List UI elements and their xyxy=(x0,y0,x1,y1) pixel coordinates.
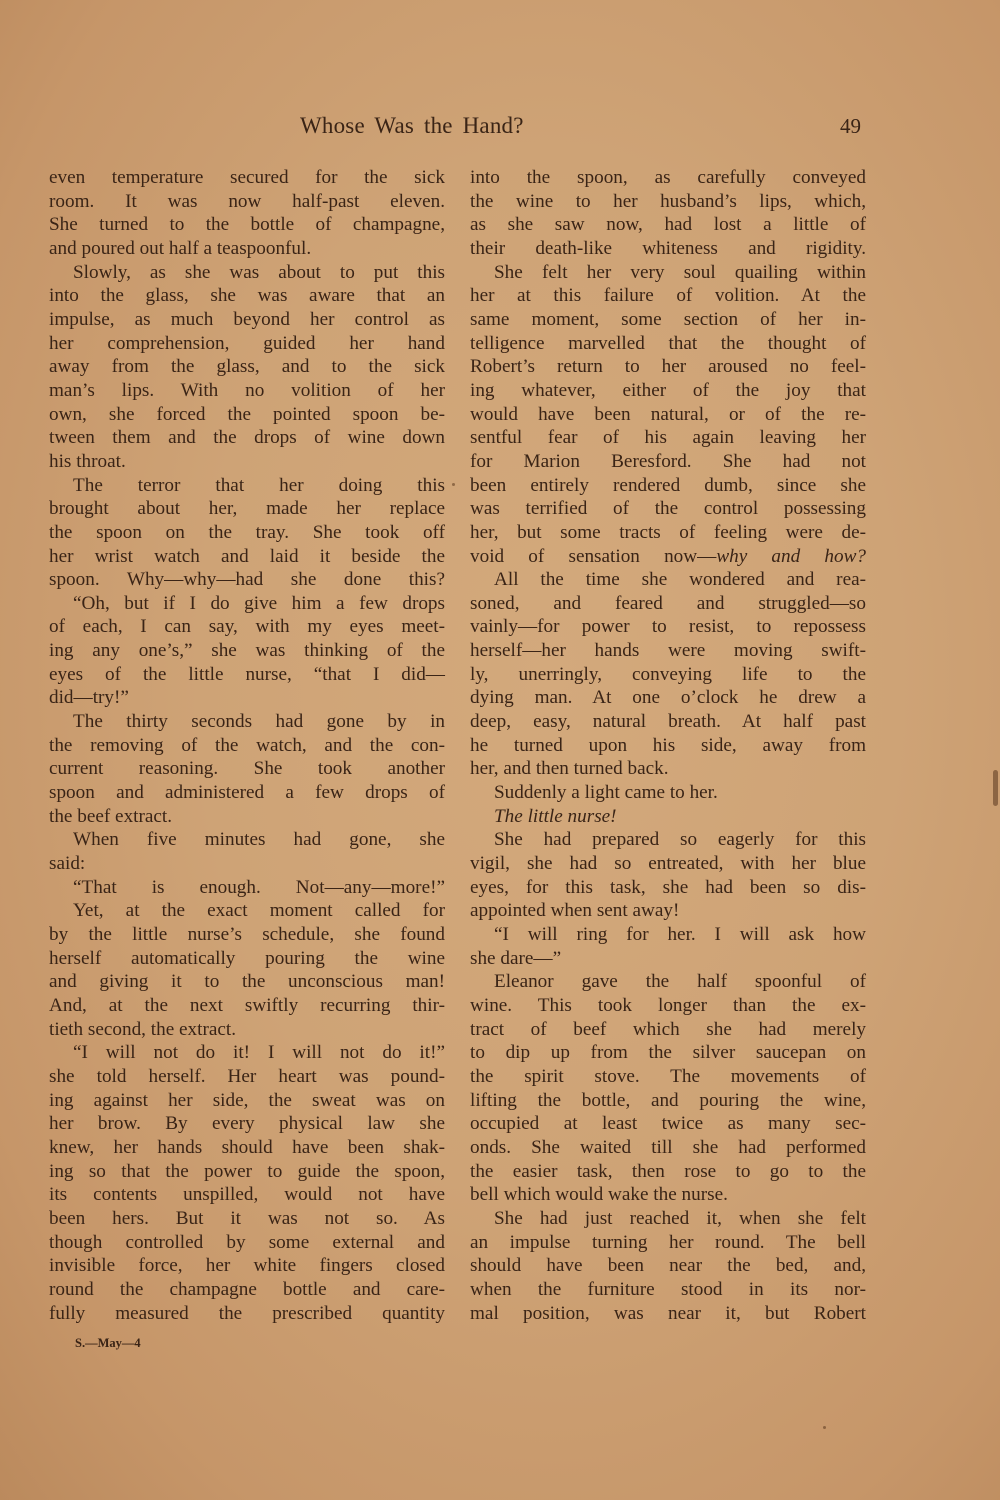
text-line: She had just reached it, when she felt xyxy=(470,1207,866,1231)
line-text: current reasoning. She took another xyxy=(49,758,445,779)
text-line: impulse, as much beyond her control as xyxy=(49,308,445,332)
text-line: wine. This took longer than the ex- xyxy=(470,994,866,1018)
text-line: Eleanor gave the half spoonful of xyxy=(470,970,866,994)
line-text: the beef extract. xyxy=(49,806,172,827)
line-text: And, at the next swiftly recurring thir- xyxy=(49,995,445,1016)
line-text: All the time she wondered and rea- xyxy=(494,569,866,590)
signature-mark: S.—May—4 xyxy=(75,1336,141,1351)
text-line: man’s lips. With no volition of her xyxy=(49,379,445,403)
line-text: the spoon on the tray. She took off xyxy=(49,522,445,543)
text-line: “I will ring for her. I will ask how xyxy=(470,923,866,947)
line-text: She turned to the bottle of champagne, xyxy=(49,214,445,235)
text-line: The little nurse! xyxy=(470,805,866,829)
line-text: her wrist watch and laid it beside the xyxy=(49,546,445,567)
line-text: invisible force, her white fingers close… xyxy=(49,1255,445,1276)
text-line: tween them and the drops of wine down xyxy=(49,426,445,450)
line-text: ing any one’s,” she was thinking of the xyxy=(49,640,445,661)
line-text: into the glass, she was aware that an xyxy=(49,285,445,306)
line-text: as she saw now, had lost a little of xyxy=(470,214,866,235)
line-text: her comprehension, guided her hand xyxy=(49,333,445,354)
running-title: Whose Was the Hand? xyxy=(300,113,524,139)
line-text: spoon and administered a few drops of xyxy=(49,782,445,803)
line-text: their death-like whiteness and rigidity. xyxy=(470,238,866,259)
line-text: away from the glass, and to the sick xyxy=(49,356,445,377)
text-line: All the time she wondered and rea- xyxy=(470,568,866,592)
line-text: said: xyxy=(49,853,85,874)
text-line: even temperature secured for the sick xyxy=(49,166,445,190)
line-text: her, but some tracts of feeling were de- xyxy=(470,522,866,543)
line-text: been hers. But it was not so. As xyxy=(49,1208,445,1229)
text-line: onds. She waited till she had performed xyxy=(470,1136,866,1160)
text-line: into the glass, she was aware that an xyxy=(49,284,445,308)
line-text: “That is enough. Not—any—more!” xyxy=(73,877,445,898)
text-line: for Marion Beresford. She had not xyxy=(470,450,866,474)
line-text: She felt her very soul quailing within xyxy=(494,262,866,283)
text-line: though controlled by some external and xyxy=(49,1231,445,1255)
line-text: sentful fear of his again leaving her xyxy=(470,427,866,448)
page-number: 49 xyxy=(840,114,861,139)
text-line: her wrist watch and laid it beside the xyxy=(49,545,445,569)
text-line: bell which would wake the nurse. xyxy=(470,1183,866,1207)
line-text: “I will not do it! I will not do it!” xyxy=(73,1042,445,1063)
line-text: wine. This took longer than the ex- xyxy=(470,995,866,1016)
line-text: she dare—” xyxy=(470,948,561,969)
text-line: an impulse turning her round. The bell xyxy=(470,1231,866,1255)
text-line: void of sensation now—why and how? xyxy=(470,545,866,569)
text-line: round the champagne bottle and care- xyxy=(49,1278,445,1302)
text-line: her brow. By every physical law she xyxy=(49,1112,445,1136)
text-line: invisible force, her white fingers close… xyxy=(49,1254,445,1278)
ink-speck xyxy=(823,1426,826,1429)
line-text: though controlled by some external and xyxy=(49,1232,445,1253)
text-line: own, she forced the pointed spoon be- xyxy=(49,403,445,427)
left-text-column: even temperature secured for the sickroo… xyxy=(49,166,445,1325)
line-text: brought about her, made her replace xyxy=(49,498,445,519)
line-text: round the champagne bottle and care- xyxy=(49,1279,445,1300)
line-text: into the spoon, as carefully conveyed xyxy=(470,167,866,188)
text-line: would have been natural, or of the re- xyxy=(470,403,866,427)
text-line: spoon. Why—why—had she done this? xyxy=(49,568,445,592)
line-text: When five minutes had gone, she xyxy=(73,829,445,850)
text-line: dying man. At one o’clock he drew a xyxy=(470,686,866,710)
italic-text: The little nurse! xyxy=(494,806,617,827)
text-line: And, at the next swiftly recurring thir- xyxy=(49,994,445,1018)
line-text: bell which would wake the nurse. xyxy=(470,1184,728,1205)
line-text: room. It was now half-past eleven. xyxy=(49,191,445,212)
line-text: The terror that her doing this xyxy=(73,475,445,496)
text-line: The thirty seconds had gone by in xyxy=(49,710,445,734)
text-line: she dare—” xyxy=(470,947,866,971)
line-text: and giving it to the unconscious man! xyxy=(49,971,445,992)
line-text: She had just reached it, when she felt xyxy=(494,1208,866,1229)
line-text: onds. She waited till she had performed xyxy=(470,1137,866,1158)
line-text: for Marion Beresford. She had not xyxy=(470,451,866,472)
text-line: “That is enough. Not—any—more!” xyxy=(49,876,445,900)
text-line: eyes, for this task, she had been so dis… xyxy=(470,876,866,900)
line-text: she told herself. Her heart was pound- xyxy=(49,1066,445,1087)
line-text: lifting the bottle, and pouring the wine… xyxy=(470,1090,866,1111)
text-line: herself automatically pouring the wine xyxy=(49,947,445,971)
text-line: been hers. But it was not so. As xyxy=(49,1207,445,1231)
line-text: void of sensation now— xyxy=(470,546,716,567)
line-text: Suddenly a light came to her. xyxy=(494,782,718,803)
line-text: ing against her side, the sweat was on xyxy=(49,1090,445,1111)
line-text: “I will ring for her. I will ask how xyxy=(494,924,866,945)
line-text: soned, and feared and struggled—so xyxy=(470,593,866,614)
line-text: was terrified of the control possessing xyxy=(470,498,866,519)
line-text: mal position, was near it, but Robert xyxy=(470,1303,866,1324)
line-text: fully measured the prescribed quantity xyxy=(49,1303,445,1324)
line-text: an impulse turning her round. The bell xyxy=(470,1232,866,1253)
line-text: did—try!” xyxy=(49,687,129,708)
line-text: the wine to her husband’s lips, which, xyxy=(470,191,866,212)
text-line: away from the glass, and to the sick xyxy=(49,355,445,379)
text-line: tieth second, the extract. xyxy=(49,1018,445,1042)
line-text: tract of beef which she had merely xyxy=(470,1019,866,1040)
line-text: his throat. xyxy=(49,451,126,472)
line-text: her at this failure of volition. At the xyxy=(470,285,866,306)
line-text: ly, unerringly, conveying life to the xyxy=(470,664,866,685)
text-line: been entirely rendered dumb, since she xyxy=(470,474,866,498)
line-text: vigil, she had so entreated, with her bl… xyxy=(470,853,866,874)
line-text: own, she forced the pointed spoon be- xyxy=(49,404,445,425)
text-line: the easier task, then rose to go to the xyxy=(470,1160,866,1184)
text-line: to dip up from the silver saucepan on xyxy=(470,1041,866,1065)
line-text: vainly—for power to resist, to repossess xyxy=(470,616,866,637)
line-text: impulse, as much beyond her control as xyxy=(49,309,445,330)
line-text: Slowly, as she was about to put this xyxy=(73,262,445,283)
text-line: as she saw now, had lost a little of xyxy=(470,213,866,237)
line-text: her, and then turned back. xyxy=(470,758,669,779)
text-line: the spoon on the tray. She took off xyxy=(49,521,445,545)
text-line: sentful fear of his again leaving her xyxy=(470,426,866,450)
text-line: the spirit stove. The movements of xyxy=(470,1065,866,1089)
italic-text: why and how? xyxy=(716,546,866,567)
text-line: and poured out half a teaspoonful. xyxy=(49,237,445,261)
line-text: its contents unspilled, would not have xyxy=(49,1184,445,1205)
line-text: herself automatically pouring the wine xyxy=(49,948,445,969)
line-text: same moment, some section of her in- xyxy=(470,309,866,330)
text-line: deep, easy, natural breath. At half past xyxy=(470,710,866,734)
text-line: by the little nurse’s schedule, she foun… xyxy=(49,923,445,947)
text-line: their death-like whiteness and rigidity. xyxy=(470,237,866,261)
text-line: “Oh, but if I do give him a few drops xyxy=(49,592,445,616)
text-line: did—try!” xyxy=(49,686,445,710)
text-line: her at this failure of volition. At the xyxy=(470,284,866,308)
text-line: the beef extract. xyxy=(49,805,445,829)
line-text: he turned upon his side, away from xyxy=(470,735,866,756)
text-line: vainly—for power to resist, to repossess xyxy=(470,615,866,639)
text-line: he turned upon his side, away from xyxy=(470,734,866,758)
text-line: occupied at least twice as many sec- xyxy=(470,1112,866,1136)
text-line: appointed when sent away! xyxy=(470,899,866,923)
text-line: She felt her very soul quailing within xyxy=(470,261,866,285)
text-line: Suddenly a light came to her. xyxy=(470,781,866,805)
line-text: man’s lips. With no volition of her xyxy=(49,380,445,401)
text-line: tract of beef which she had merely xyxy=(470,1018,866,1042)
right-text-column: into the spoon, as carefully conveyedthe… xyxy=(470,166,866,1325)
text-line: vigil, she had so entreated, with her bl… xyxy=(470,852,866,876)
line-text: appointed when sent away! xyxy=(470,900,679,921)
ink-speck xyxy=(452,483,455,486)
text-line: Slowly, as she was about to put this xyxy=(49,261,445,285)
line-text: “Oh, but if I do give him a few drops xyxy=(73,593,445,614)
text-line: lifting the bottle, and pouring the wine… xyxy=(470,1089,866,1113)
text-line: its contents unspilled, would not have xyxy=(49,1183,445,1207)
line-text: the spirit stove. The movements of xyxy=(470,1066,866,1087)
line-text: ing whatever, either of the joy that xyxy=(470,380,866,401)
text-line: her comprehension, guided her hand xyxy=(49,332,445,356)
text-line: his throat. xyxy=(49,450,445,474)
text-line: of each, I can say, with my eyes meet- xyxy=(49,615,445,639)
text-line: ing so that the power to guide the spoon… xyxy=(49,1160,445,1184)
line-text: Eleanor gave the half spoonful of xyxy=(494,971,866,992)
text-line: the wine to her husband’s lips, which, xyxy=(470,190,866,214)
line-text: eyes, for this task, she had been so dis… xyxy=(470,877,866,898)
text-line: said: xyxy=(49,852,445,876)
text-line: She turned to the bottle of champagne, xyxy=(49,213,445,237)
text-line: she told herself. Her heart was pound- xyxy=(49,1065,445,1089)
text-line: mal position, was near it, but Robert xyxy=(470,1302,866,1326)
line-text: deep, easy, natural breath. At half past xyxy=(470,711,866,732)
line-text: occupied at least twice as many sec- xyxy=(470,1113,866,1134)
line-text: telligence marvelled that the thought of xyxy=(470,333,866,354)
line-text: the removing of the watch, and the con- xyxy=(49,735,445,756)
text-line: when the furniture stood in its nor- xyxy=(470,1278,866,1302)
text-line: ing whatever, either of the joy that xyxy=(470,379,866,403)
text-line: was terrified of the control possessing xyxy=(470,497,866,521)
line-text: by the little nurse’s schedule, she foun… xyxy=(49,924,445,945)
text-line: should have been near the bed, and, xyxy=(470,1254,866,1278)
text-line: ing any one’s,” she was thinking of the xyxy=(49,639,445,663)
line-text: the easier task, then rose to go to the xyxy=(470,1161,866,1182)
text-line: Robert’s return to her aroused no feel- xyxy=(470,355,866,379)
text-line: knew, her hands should have been shak- xyxy=(49,1136,445,1160)
line-text: and poured out half a teaspoonful. xyxy=(49,238,311,259)
line-text: should have been near the bed, and, xyxy=(470,1255,866,1276)
line-text: would have been natural, or of the re- xyxy=(470,404,866,425)
line-text: been entirely rendered dumb, since she xyxy=(470,475,866,496)
text-line: and giving it to the unconscious man! xyxy=(49,970,445,994)
text-line: Yet, at the exact moment called for xyxy=(49,899,445,923)
line-text: herself—her hands were moving swift- xyxy=(470,640,866,661)
text-line: brought about her, made her replace xyxy=(49,497,445,521)
text-line: The terror that her doing this xyxy=(49,474,445,498)
line-text: eyes of the little nurse, “that I did— xyxy=(49,664,445,685)
text-line: same moment, some section of her in- xyxy=(470,308,866,332)
page-edge-mark xyxy=(993,770,998,806)
text-line: spoon and administered a few drops of xyxy=(49,781,445,805)
text-line: her, and then turned back. xyxy=(470,757,866,781)
text-line: ly, unerringly, conveying life to the xyxy=(470,663,866,687)
text-line: eyes of the little nurse, “that I did— xyxy=(49,663,445,687)
line-text: Yet, at the exact moment called for xyxy=(73,900,445,921)
line-text: The thirty seconds had gone by in xyxy=(73,711,445,732)
line-text: tieth second, the extract. xyxy=(49,1019,236,1040)
line-text: spoon. Why—why—had she done this? xyxy=(49,569,445,590)
text-line: soned, and feared and struggled—so xyxy=(470,592,866,616)
book-page: Whose Was the Hand? 49 even temperature … xyxy=(0,0,1000,1500)
text-line: ing against her side, the sweat was on xyxy=(49,1089,445,1113)
line-text: ing so that the power to guide the spoon… xyxy=(49,1161,445,1182)
line-text: when the furniture stood in its nor- xyxy=(470,1279,866,1300)
text-line: into the spoon, as carefully conveyed xyxy=(470,166,866,190)
running-head: Whose Was the Hand? 49 xyxy=(0,113,1000,143)
line-text: of each, I can say, with my eyes meet- xyxy=(49,616,445,637)
line-text: tween them and the drops of wine down xyxy=(49,427,445,448)
line-text: knew, her hands should have been shak- xyxy=(49,1137,445,1158)
text-line: current reasoning. She took another xyxy=(49,757,445,781)
line-text: to dip up from the silver saucepan on xyxy=(470,1042,866,1063)
text-line: room. It was now half-past eleven. xyxy=(49,190,445,214)
line-text: She had prepared so eagerly for this xyxy=(494,829,866,850)
text-line: “I will not do it! I will not do it!” xyxy=(49,1041,445,1065)
line-text: even temperature secured for the sick xyxy=(49,167,445,188)
text-line: She had prepared so eagerly for this xyxy=(470,828,866,852)
text-line: telligence marvelled that the thought of xyxy=(470,332,866,356)
text-line: her, but some tracts of feeling were de- xyxy=(470,521,866,545)
text-line: When five minutes had gone, she xyxy=(49,828,445,852)
text-line: herself—her hands were moving swift- xyxy=(470,639,866,663)
text-line: fully measured the prescribed quantity xyxy=(49,1302,445,1326)
line-text: dying man. At one o’clock he drew a xyxy=(470,687,866,708)
line-text: her brow. By every physical law she xyxy=(49,1113,445,1134)
text-line: the removing of the watch, and the con- xyxy=(49,734,445,758)
line-text: Robert’s return to her aroused no feel- xyxy=(470,356,866,377)
